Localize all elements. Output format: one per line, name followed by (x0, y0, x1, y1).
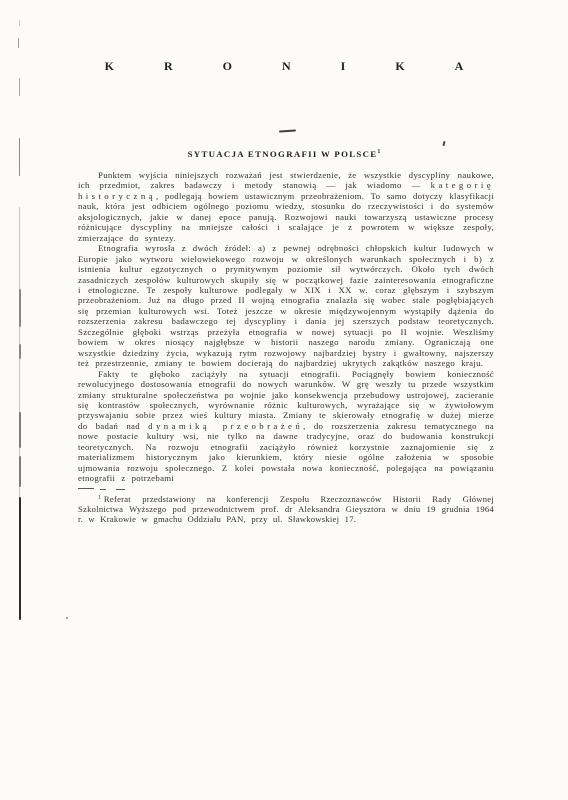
body-text: Etnografia wyrosła z dwóch źródeł: a) z … (78, 243, 494, 368)
footnote-rule-dash (100, 489, 106, 491)
scanned-journal-page: KRONIKA SYTUACJA ETNOGRAFII W POLSCE1 Pu… (0, 0, 568, 800)
scan-artifact-line (19, 20, 20, 26)
scan-artifact-line (19, 289, 21, 327)
paragraph: Punktem wyjścia niniejszych rozważań jes… (78, 170, 494, 243)
footnote-rule (78, 488, 494, 490)
footnote-rule-dash (78, 488, 94, 490)
paragraph: Fakty te głęboko zaciążyły na sytuacji e… (78, 369, 494, 484)
stray-comma-mark (442, 141, 445, 146)
scan-artifact-line (18, 38, 19, 48)
paragraph: Etnografia wyrosła z dwóch źródeł: a) z … (78, 243, 494, 368)
emphasis-spaced-text: dynamiką przeobrażeń (148, 421, 303, 431)
article-title-text: SYTUACJA ETNOGRAFII W POLSCE (188, 149, 378, 159)
footnote: 1Referat przedstawiony na konferencji Ze… (78, 493, 494, 524)
scan-artifact-line (19, 78, 20, 96)
article-title: SYTUACJA ETNOGRAFII W POLSCE1 (0, 149, 568, 159)
running-head: KRONIKA (0, 57, 568, 75)
scan-artifact-line (19, 497, 21, 620)
footnote-rule-dash (116, 489, 125, 491)
scan-artifact-line (19, 456, 21, 487)
stray-dot-mark (66, 617, 68, 619)
footnote-text: 1Referat przedstawiony na konferencji Ze… (78, 493, 494, 524)
stray-dash-mark (279, 129, 296, 132)
running-head-text: KRONIKA (105, 59, 514, 73)
scan-artifact-line (19, 344, 21, 359)
title-footnote-ref: 1 (377, 149, 380, 155)
footnote-body: Referat przedstawiony na konferencji Zes… (78, 494, 494, 524)
scan-artifact-line (19, 412, 21, 448)
article-body: Punktem wyjścia niniejszych rozważań jes… (78, 170, 494, 524)
paragraph-host: Punktem wyjścia niniejszych rozważań jes… (78, 170, 494, 484)
footnote-ref: 1 (98, 495, 101, 501)
